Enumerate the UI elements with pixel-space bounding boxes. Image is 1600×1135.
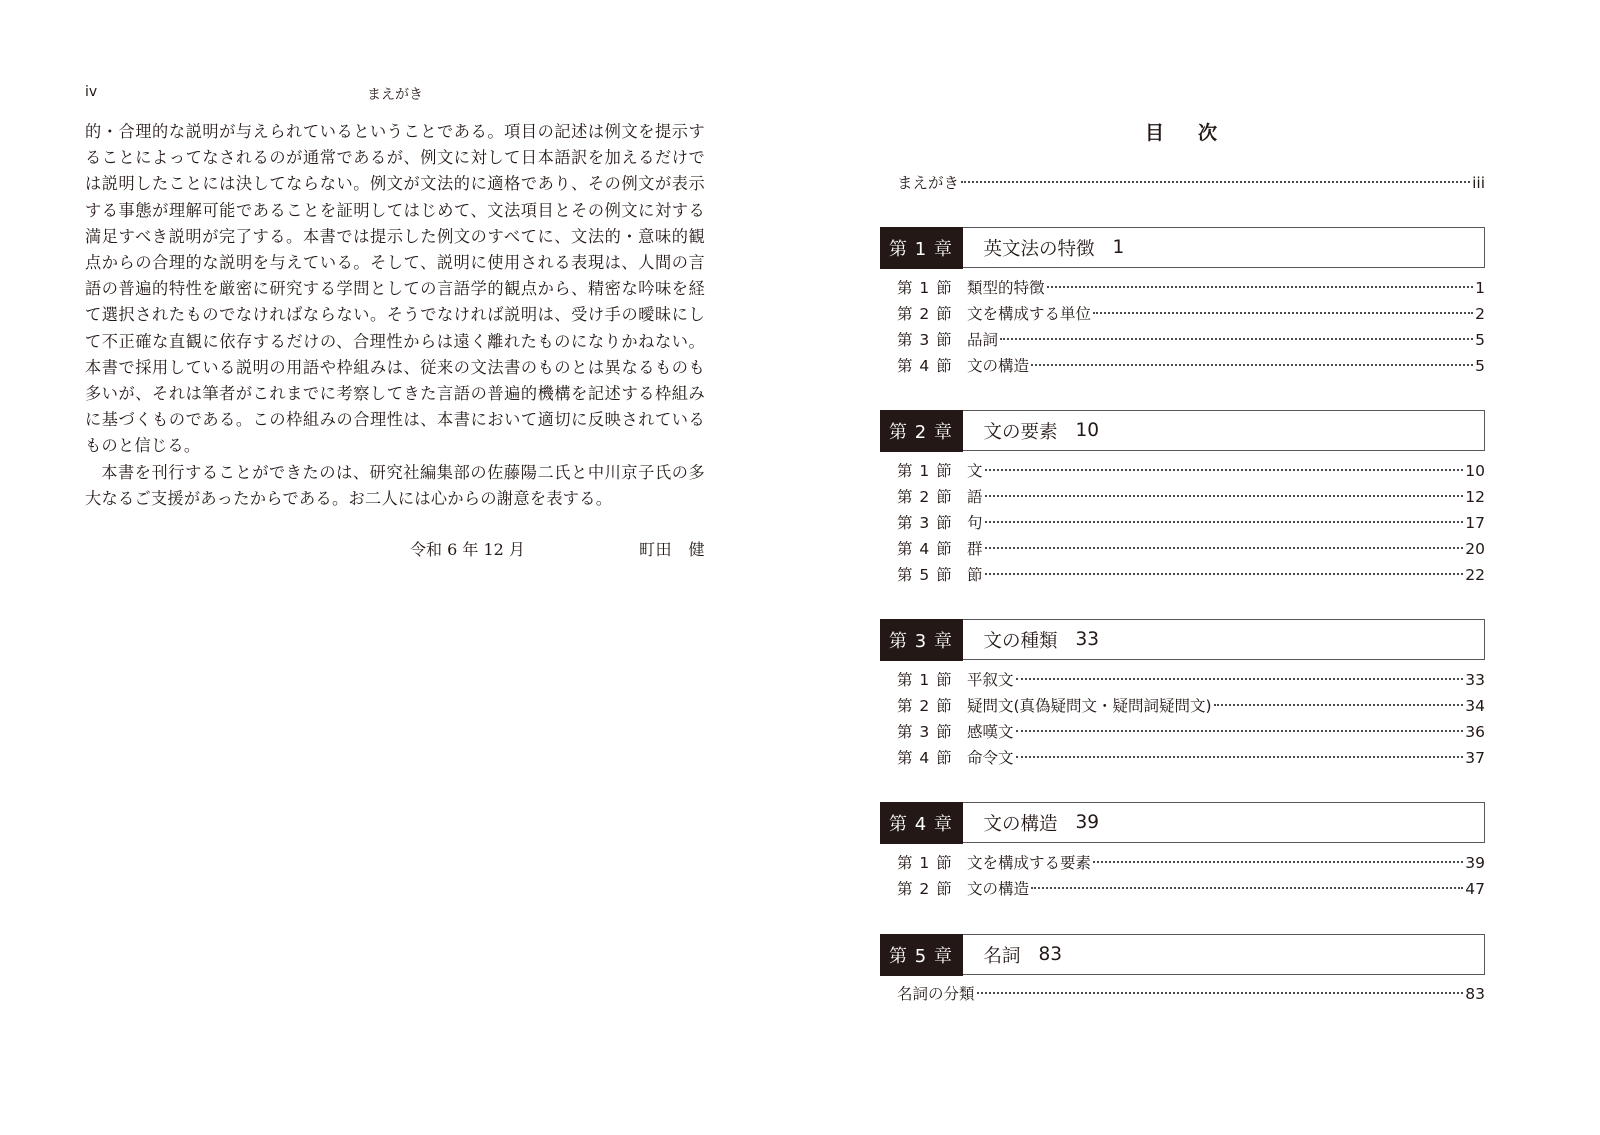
toc-entry-section[interactable]: 第 3 節 句 17 <box>897 511 1485 533</box>
chapter-title: 英文法の特徴 1 <box>963 228 1125 267</box>
toc-entry-section[interactable]: 第 1 節 文 10 <box>897 459 1485 481</box>
chapter-page: 39 <box>1076 812 1100 833</box>
chapter-label: 第 1 章 <box>880 227 963 269</box>
dot-leader <box>1000 338 1473 340</box>
dot-leader <box>985 573 1464 575</box>
preface-body: 的・合理的な説明が与えられているということである。項目の記述は例文を提示すること… <box>85 119 705 512</box>
chapter-page: 10 <box>1076 420 1100 441</box>
dot-leader <box>961 181 1470 183</box>
chapter-page: 33 <box>1076 629 1100 650</box>
toc-entry-section[interactable]: 第 2 節 文を構成する単位 2 <box>897 302 1485 324</box>
toc-entry-section[interactable]: 第 2 節 文の構造 47 <box>897 877 1485 899</box>
toc-entry-section[interactable]: 第 5 節 節 22 <box>897 563 1485 585</box>
toc-entry-section[interactable]: 第 1 節 類型的特徴 1 <box>897 276 1485 298</box>
right-page-toc: 目次 まえがき iii 第 1 章 英文法の特徴 1 第 1 節 類型的特徴 1… <box>800 0 1600 1135</box>
dot-leader <box>985 469 1464 471</box>
chapter-page: 83 <box>1039 944 1063 965</box>
signature-date: 令和 6 年 12 月 <box>410 537 525 560</box>
dot-leader <box>1031 887 1463 889</box>
chapter-title: 文の種類 33 <box>963 620 1100 659</box>
dot-leader <box>1093 312 1473 314</box>
chapter-title: 文の構造 39 <box>963 803 1100 842</box>
chapter-heading[interactable]: 第 5 章 名詞 83 <box>880 934 1485 975</box>
chapter-heading[interactable]: 第 1 章 英文法の特徴 1 <box>880 227 1485 268</box>
page-number: iv <box>85 84 97 100</box>
dot-leader <box>1016 730 1464 732</box>
signature: 令和 6 年 12 月 町田 健 <box>85 537 705 563</box>
running-head: iv まえがき <box>85 84 705 106</box>
dot-leader <box>1016 678 1464 680</box>
toc-entry-section[interactable]: 名詞の分類 83 <box>897 982 1485 1004</box>
dot-leader <box>977 992 1464 994</box>
chapter-heading[interactable]: 第 2 章 文の要素 10 <box>880 410 1485 451</box>
chapter-heading[interactable]: 第 3 章 文の種類 33 <box>880 619 1485 660</box>
toc-title: 目次 <box>1145 118 1217 145</box>
dot-leader <box>985 495 1464 497</box>
paragraph: 本書を刊行することができたのは、研究社編集部の佐藤陽二氏と中川京子氏の多大なるご… <box>85 460 705 512</box>
dot-leader <box>1093 861 1463 863</box>
toc-entry-section[interactable]: 第 3 節 感嘆文 36 <box>897 720 1485 742</box>
toc-entry-section[interactable]: 第 2 節 語 12 <box>897 485 1485 507</box>
dot-leader <box>1214 704 1464 706</box>
dot-leader <box>1031 364 1473 366</box>
left-page-preface: iv まえがき 的・合理的な説明が与えられているということである。項目の記述は例… <box>0 0 800 1135</box>
chapter-label: 第 3 章 <box>880 619 963 661</box>
chapter-page: 1 <box>1113 237 1125 258</box>
toc-entry-section[interactable]: 第 3 節 品詞 5 <box>897 328 1485 350</box>
toc-entry-section[interactable]: 第 1 節 文を構成する要素 39 <box>897 851 1485 873</box>
dot-leader <box>985 547 1464 549</box>
chapter-title: 名詞 83 <box>963 935 1063 974</box>
dot-leader <box>985 521 1464 523</box>
toc-entry-section[interactable]: 第 4 節 文の構造 5 <box>897 354 1485 376</box>
toc-entry-section[interactable]: 第 1 節 平叙文 33 <box>897 668 1485 690</box>
chapter-label: 第 5 章 <box>880 934 963 976</box>
toc-entry-preface[interactable]: まえがき iii <box>897 171 1485 193</box>
toc-entry-section[interactable]: 第 4 節 命令文 37 <box>897 746 1485 768</box>
toc-entry-section[interactable]: 第 4 節 群 20 <box>897 537 1485 559</box>
signature-author: 町田 健 <box>639 537 705 560</box>
paragraph: 的・合理的な説明が与えられているということである。項目の記述は例文を提示すること… <box>85 119 705 460</box>
chapter-title: 文の要素 10 <box>963 411 1100 450</box>
dot-leader <box>1047 286 1474 288</box>
chapter-heading[interactable]: 第 4 章 文の構造 39 <box>880 802 1485 843</box>
chapter-label: 第 4 章 <box>880 802 963 844</box>
dot-leader <box>1016 756 1464 758</box>
running-title: まえがき <box>367 84 423 104</box>
chapter-label: 第 2 章 <box>880 410 963 452</box>
toc-entry-section[interactable]: 第 2 節 疑問文(真偽疑問文・疑問詞疑問文) 34 <box>897 694 1485 716</box>
